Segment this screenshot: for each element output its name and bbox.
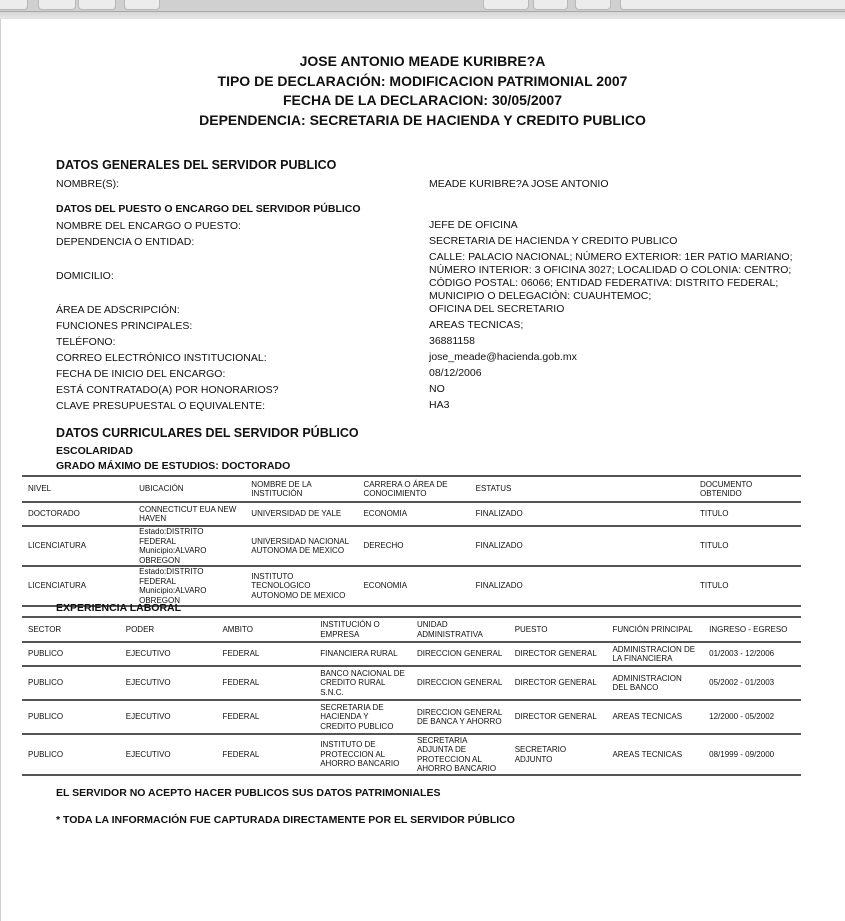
table-cell: ADMINISTRACION DEL BANCO	[606, 666, 703, 700]
column-header: CARRERA O ÁREA DE CONOCIMIENTO	[357, 476, 469, 502]
table-cell: DIRECTOR GENERAL	[509, 666, 607, 700]
column-header: INSTITUCIÓN O EMPRESA	[314, 617, 411, 642]
experience-table: SECTORPODERAMBITOINSTITUCIÓN O EMPRESAUN…	[22, 616, 801, 776]
column-header: SECTOR	[22, 617, 120, 642]
table-cell: DIRECCION GENERAL	[411, 666, 509, 700]
table-cell: FINALIZADO	[470, 526, 582, 566]
table-cell: TITULO	[694, 566, 801, 606]
column-header: NIVEL	[22, 476, 133, 502]
table-cell: UNIVERSIDAD DE YALE	[245, 502, 357, 526]
table-cell: 08/1999 - 09/2000	[703, 734, 801, 775]
note-patrimoniales: EL SERVIDOR NO ACEPTO HACER PUBLICOS SUS…	[56, 787, 440, 799]
note-captura: * TODA LA INFORMACIÓN FUE CAPTURADA DIRE…	[56, 814, 515, 826]
puesto-value: NO	[429, 383, 799, 396]
puesto-value: HA3	[429, 399, 799, 412]
puesto-label: NOMBRE DEL ENCARGO O PUESTO:	[56, 220, 241, 232]
table-cell: EJECUTIVO	[120, 666, 217, 700]
puesto-label: TELÉFONO:	[56, 336, 116, 348]
table-cell: INSTITUTO TECNOLOGICO AUTONOMO DE MEXICO	[245, 566, 357, 606]
table-cell: DIRECCION GENERAL	[411, 642, 509, 666]
table-cell: TITULO	[694, 526, 801, 566]
table-cell: Estado:DISTRITO FEDERAL Municipio:ALVARO…	[133, 566, 245, 606]
table-cell: EJECUTIVO	[120, 642, 217, 666]
table-cell: BANCO NACIONAL DE CREDITO RURAL S.N.C.	[314, 666, 411, 700]
table-cell: EJECUTIVO	[120, 734, 217, 775]
puesto-value: 36881158	[429, 335, 799, 348]
puesto-value: OFICINA DEL SECRETARIO	[429, 303, 799, 316]
table-cell: AREAS TECNICAS	[606, 700, 703, 734]
puesto-label: ESTÁ CONTRATADO(A) POR HONORARIOS?	[56, 384, 278, 396]
table-cell	[582, 526, 694, 566]
puesto-label: ÁREA DE ADSCRIPCIÓN:	[56, 304, 180, 316]
puesto-label: FUNCIONES PRINCIPALES:	[56, 320, 192, 332]
search-field[interactable]	[620, 0, 845, 10]
table-cell: PUBLICO	[22, 700, 120, 734]
column-header: DOCUMENTO OBTENIDO	[694, 476, 801, 502]
table-row: LICENCIATURAEstado:DISTRITO FEDERAL Muni…	[22, 526, 801, 566]
puesto-label: CORREO ELECTRÓNICO INSTITUCIONAL:	[56, 352, 267, 364]
toolbar-button[interactable]	[38, 0, 76, 10]
table-cell: FEDERAL	[216, 666, 314, 700]
column-header: UBICACIÓN	[133, 476, 245, 502]
table-cell: FEDERAL	[216, 734, 314, 775]
value-nombre: MEADE KURIBRE?A JOSE ANTONIO	[429, 178, 799, 191]
puesto-value: jose_meade@hacienda.gob.mx	[429, 351, 799, 364]
table-cell: ECONOMIA	[357, 502, 469, 526]
section-puesto: DATOS DEL PUESTO O ENCARGO DEL SERVIDOR …	[56, 203, 361, 215]
table-cell: 01/2003 - 12/2006	[703, 642, 801, 666]
table-cell: FINANCIERA RURAL	[314, 642, 411, 666]
table-cell: DOCTORADO	[22, 502, 133, 526]
table-cell: 05/2002 - 01/2003	[703, 666, 801, 700]
table-cell: EJECUTIVO	[120, 700, 217, 734]
table-cell: SECRETARIA ADJUNTA DE PROTECCION AL AHOR…	[411, 734, 509, 775]
toolbar-button[interactable]	[533, 0, 568, 10]
toolbar-button[interactable]	[78, 0, 116, 10]
puesto-label: FECHA DE INICIO DEL ENCARGO:	[56, 368, 225, 380]
education-table: NIVELUBICACIÓNNOMBRE DE LA INSTITUCIÓNCA…	[22, 475, 801, 607]
table-cell: 12/2000 - 05/2002	[703, 700, 801, 734]
declaration-type: TIPO DE DECLARACIÓN: MODIFICACION PATRIM…	[0, 72, 845, 92]
section-experiencia: EXPERIENCIA LABORAL	[56, 602, 181, 614]
puesto-value: 08/12/2006	[429, 367, 799, 380]
column-header	[582, 476, 694, 502]
section-curriculares: DATOS CURRICULARES DEL SERVIDOR PÚBLICO	[56, 426, 359, 440]
table-cell: DIRECCION GENERAL DE BANCA Y AHORRO	[411, 700, 509, 734]
table-cell: SECRETARIA DE HACIENDA Y CREDITO PUBLICO	[314, 700, 411, 734]
table-row: PUBLICOEJECUTIVOFEDERALSECRETARIA DE HAC…	[22, 700, 801, 734]
declaration-date: FECHA DE LA DECLARACION: 30/05/2007	[0, 91, 845, 111]
table-cell: FINALIZADO	[470, 502, 582, 526]
declaration-agency: DEPENDENCIA: SECRETARIA DE HACIENDA Y CR…	[0, 111, 845, 131]
declarant-name: JOSE ANTONIO MEADE KURIBRE?A	[0, 52, 845, 72]
puesto-value: AREAS TECNICAS;	[429, 319, 799, 332]
column-header: NOMBRE DE LA INSTITUCIÓN	[245, 476, 357, 502]
table-cell: PUBLICO	[22, 666, 120, 700]
grado-maximo: GRADO MÁXIMO DE ESTUDIOS: DOCTORADO	[56, 460, 290, 472]
viewer-toolbar	[0, 0, 845, 12]
column-header: ESTATUS	[470, 476, 582, 502]
table-row: PUBLICOEJECUTIVOFEDERALBANCO NACIONAL DE…	[22, 666, 801, 700]
column-header: INGRESO - EGRESO	[703, 617, 801, 642]
table-cell: CONNECTICUT EUA NEW HAVEN	[133, 502, 245, 526]
column-header: PODER	[120, 617, 217, 642]
table-row: LICENCIATURAEstado:DISTRITO FEDERAL Muni…	[22, 566, 801, 606]
table-cell: PUBLICO	[22, 642, 120, 666]
puesto-label: DOMICILIO:	[56, 270, 114, 282]
table-cell: LICENCIATURA	[22, 566, 133, 606]
table-cell	[582, 502, 694, 526]
table-cell: SECRETARIO ADJUNTO	[509, 734, 607, 775]
section-datos-generales: DATOS GENERALES DEL SERVIDOR PUBLICO	[56, 158, 336, 172]
table-cell: FEDERAL	[216, 642, 314, 666]
puesto-value: CALLE: PALACIO NACIONAL; NÚMERO EXTERIOR…	[429, 251, 799, 303]
toolbar-divider	[0, 12, 845, 19]
table-cell	[582, 566, 694, 606]
table-cell: INSTITUTO DE PROTECCION AL AHORRO BANCAR…	[314, 734, 411, 775]
table-row: DOCTORADOCONNECTICUT EUA NEW HAVENUNIVER…	[22, 502, 801, 526]
table-cell: FINALIZADO	[470, 566, 582, 606]
toolbar-button[interactable]	[483, 0, 529, 10]
label-nombre: NOMBRE(S):	[56, 178, 119, 190]
table-cell: Estado:DISTRITO FEDERAL Municipio:ALVARO…	[133, 526, 245, 566]
subsection-escolaridad: ESCOLARIDAD	[56, 445, 133, 457]
column-header: UNIDAD ADMINISTRATIVA	[411, 617, 509, 642]
table-cell: AREAS TECNICAS	[606, 734, 703, 775]
table-row: PUBLICOEJECUTIVOFEDERALFINANCIERA RURALD…	[22, 642, 801, 666]
puesto-value: JEFE DE OFICINA	[429, 219, 799, 232]
toolbar-button[interactable]	[0, 0, 28, 10]
puesto-value: SECRETARIA DE HACIENDA Y CREDITO PUBLICO	[429, 235, 799, 248]
toolbar-button[interactable]	[124, 0, 160, 10]
table-cell: ADMINISTRACION DE LA FINANCIERA	[606, 642, 703, 666]
puesto-label: DEPENDENCIA O ENTIDAD:	[56, 236, 194, 248]
table-row: PUBLICOEJECUTIVOFEDERALINSTITUTO DE PROT…	[22, 734, 801, 775]
toolbar-button[interactable]	[575, 0, 611, 10]
column-header: FUNCIÓN PRINCIPAL	[606, 617, 703, 642]
table-cell: UNIVERSIDAD NACIONAL AUTONOMA DE MEXICO	[245, 526, 357, 566]
table-cell: DIRECTOR GENERAL	[509, 642, 607, 666]
document-title: JOSE ANTONIO MEADE KURIBRE?A TIPO DE DEC…	[0, 52, 845, 130]
table-cell: TITULO	[694, 502, 801, 526]
table-cell: ECONOMIA	[357, 566, 469, 606]
table-cell: LICENCIATURA	[22, 526, 133, 566]
column-header: AMBITO	[216, 617, 314, 642]
table-cell: FEDERAL	[216, 700, 314, 734]
column-header: PUESTO	[509, 617, 607, 642]
puesto-label: CLAVE PRESUPUESTAL O EQUIVALENTE:	[56, 400, 265, 412]
table-cell: DERECHO	[357, 526, 469, 566]
table-cell: PUBLICO	[22, 734, 120, 775]
table-cell: DIRECTOR GENERAL	[509, 700, 607, 734]
